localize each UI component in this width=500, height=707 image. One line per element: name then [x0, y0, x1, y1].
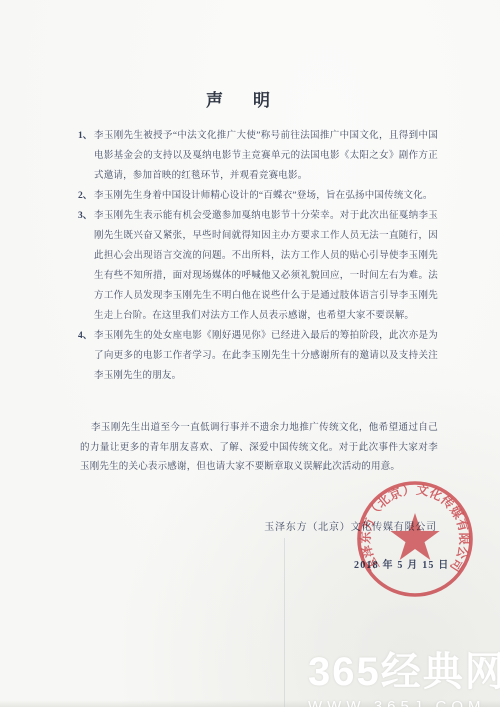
list-item: 1、 李玉刚先生被授予“中法文化推广大使”称号前往法国推广中国文化，且得到中国电… — [78, 126, 438, 186]
list-item-number: 1、 — [78, 126, 94, 186]
watermark-site-url: WWW.365J.COM — [308, 698, 500, 707]
paper-fold-line — [284, 538, 285, 707]
list-item-number: 2、 — [78, 186, 94, 206]
list-item: 4、 李玉刚先生的处女座电影《刚好遇见你》已经进入最后的筹拍阶段，此次亦是为了向… — [78, 326, 438, 386]
list-item-number: 3、 — [78, 206, 94, 326]
statement-document: 声明 1、 李玉刚先生被授予“中法文化推广大使”称号前往法国推广中国文化，且得到… — [0, 0, 500, 707]
closing-paragraph: 李玉刚先生出道至今一直低调行事并不遗余力地推广传统文化，他希望通过自己的力量让更… — [80, 419, 438, 478]
list-item-text: 李玉刚先生被授予“中法文化推广大使”称号前往法国推广中国文化，且得到中国电影基金… — [94, 126, 438, 186]
stamp-star-icon — [390, 513, 439, 560]
watermark-site-name: 365经典网 — [308, 640, 500, 697]
list-item-text: 李玉刚先生身着中国设计师精心设计的“百蝶衣”登场，旨在弘扬中国传统文化。 — [94, 186, 438, 206]
site-watermark: 365经典网 WWW.365J.COM — [308, 640, 500, 707]
document-title: 声明 — [0, 86, 488, 111]
list-item: 2、 李玉刚先生身着中国设计师精心设计的“百蝶衣”登场，旨在弘扬中国传统文化。 — [78, 186, 438, 206]
list-item: 3、 李玉刚先生表示能有机会受邀参加戛纳电影节十分荣幸。对于此次出征戛纳李玉刚先… — [78, 206, 438, 326]
numbered-list: 1、 李玉刚先生被授予“中法文化推广大使”称号前往法国推广中国文化，且得到中国电… — [78, 126, 438, 386]
list-item-number: 4、 — [78, 326, 94, 386]
list-item-text: 李玉刚先生表示能有机会受邀参加戛纳电影节十分荣幸。对于此次出征戛纳李玉刚先生既兴… — [94, 206, 438, 326]
company-stamp: 玉泽东方（北京）文化传媒有限公司 — [350, 474, 480, 604]
list-item-text: 李玉刚先生的处女座电影《刚好遇见你》已经进入最后的筹拍阶段，此次亦是为了向更多的… — [94, 326, 438, 386]
